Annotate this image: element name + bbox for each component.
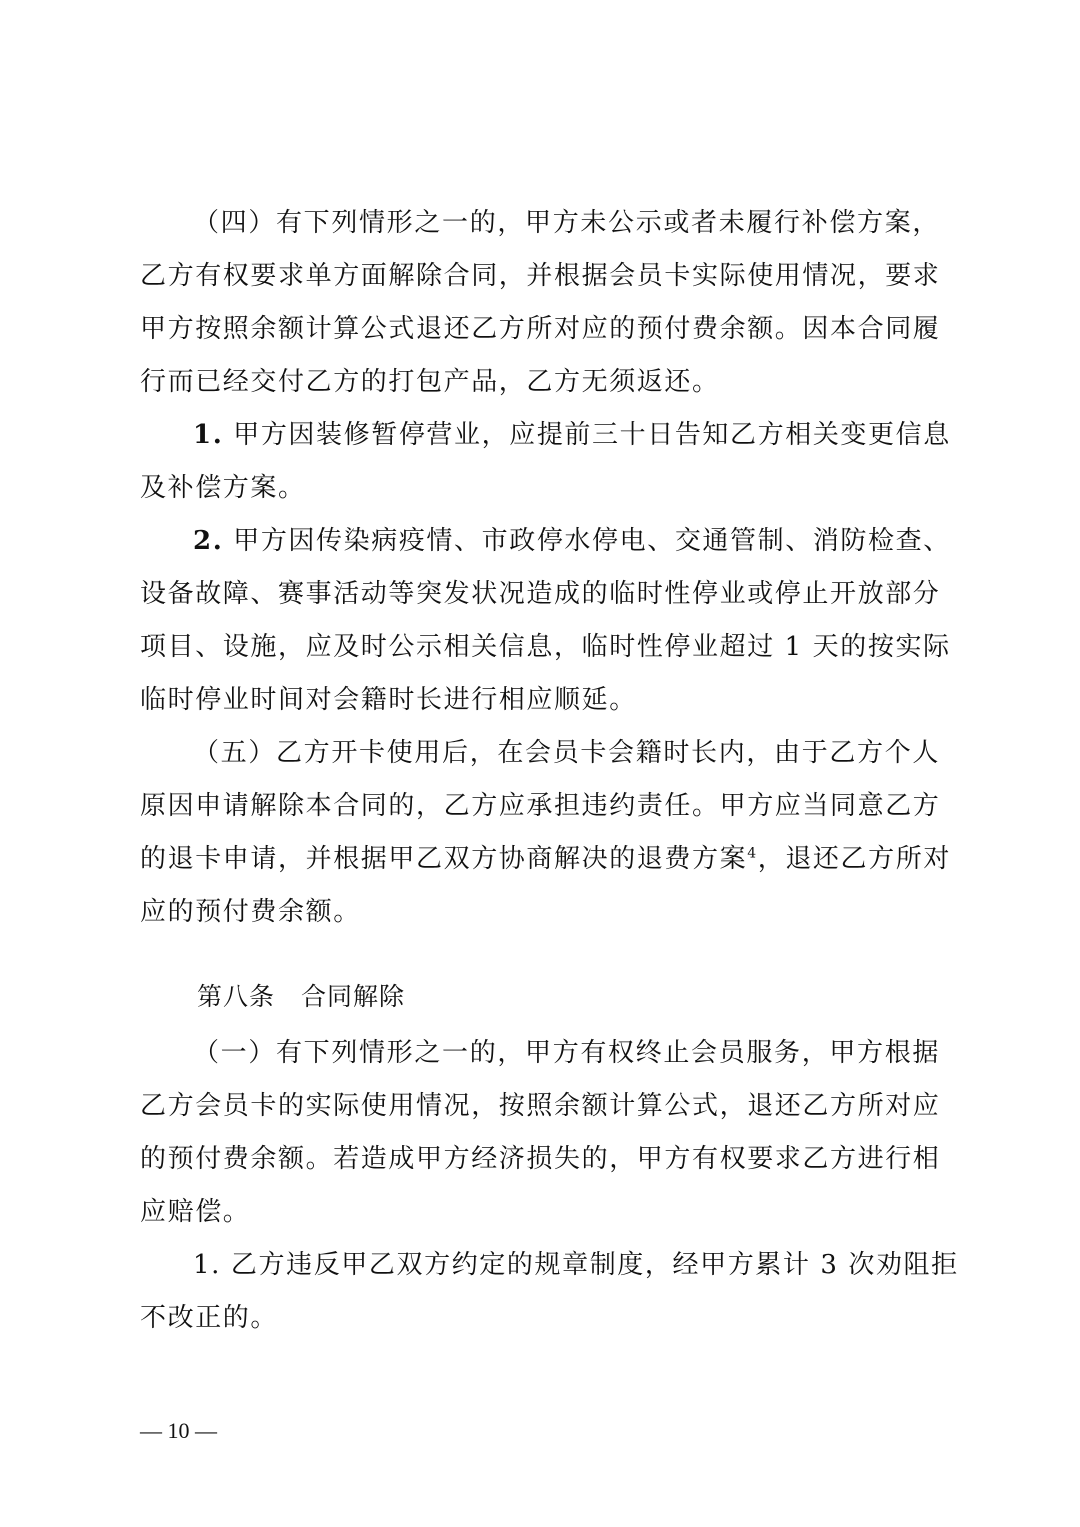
item-number: 2.: [193, 526, 223, 556]
paragraph-line: 项目、设施，应及时公示相关信息，临时性停业超过 1 天的按实际: [140, 632, 940, 662]
paragraph-line: 行而已经交付乙方的打包产品，乙方无须返还。: [140, 367, 940, 397]
paragraph-line: 临时停业时间对会籍时长进行相应顺延。: [140, 685, 940, 715]
numbered-item: 1. 乙方违反甲乙双方约定的规章制度，经甲方累计 3 次劝阻拒: [193, 1250, 940, 1280]
paragraph-text: 的退卡申请，并根据甲乙双方协商解决的退费方案: [140, 844, 747, 874]
paragraph-line: 的预付费余额。若造成甲方经济损失的，甲方有权要求乙方进行相: [140, 1144, 940, 1174]
item-number: 1.: [193, 420, 223, 450]
footnote-marker[interactable]: 4: [747, 845, 758, 861]
paragraph-line: 乙方有权要求单方面解除合同，并根据会员卡实际使用情况，要求: [140, 261, 940, 291]
paragraph-line: （五）乙方开卡使用后，在会员卡会籍时长内，由于乙方个人: [193, 738, 940, 768]
item-number: 1.: [193, 1250, 221, 1280]
paragraph-line: 及补偿方案。: [140, 473, 940, 503]
document-page: （四）有下列情形之一的，甲方未公示或者未履行补偿方案， 乙方有权要求单方面解除合…: [0, 0, 1080, 1527]
item-text: 乙方违反甲乙双方约定的规章制度，经甲方累计 3 次劝阻拒: [231, 1250, 959, 1280]
numbered-item: 1. 甲方因装修暂停营业，应提前三十日告知乙方相关变更信息: [193, 420, 940, 450]
numbered-item: 2. 甲方因传染病疫情、市政停水停电、交通管制、消防检查、: [193, 526, 940, 556]
paragraph-line: 设备故障、赛事活动等突发状况造成的临时性停业或停止开放部分: [140, 579, 940, 609]
paragraph-line-with-footnote: 的退卡申请，并根据甲乙双方协商解决的退费方案4，退还乙方所对: [140, 844, 940, 874]
paragraph-line: （四）有下列情形之一的，甲方未公示或者未履行补偿方案，: [193, 208, 940, 238]
page-number: — 10 —: [140, 1418, 217, 1444]
item-text: 甲方因传染病疫情、市政停水停电、交通管制、消防检查、: [233, 526, 951, 556]
paragraph-line: 应的预付费余额。: [140, 897, 940, 927]
paragraph-line: 应赔偿。: [140, 1197, 940, 1227]
paragraph-line: 不改正的。: [140, 1303, 940, 1333]
paragraph-line: 乙方会员卡的实际使用情况，按照余额计算公式，退还乙方所对应: [140, 1091, 940, 1121]
paragraph-text: ，退还乙方所对: [758, 844, 951, 874]
item-text: 甲方因装修暂停营业，应提前三十日告知乙方相关变更信息: [233, 420, 951, 450]
paragraph-line: （一）有下列情形之一的，甲方有权终止会员服务，甲方根据: [193, 1038, 940, 1068]
paragraph-line: 甲方按照余额计算公式退还乙方所对应的预付费余额。因本合同履: [140, 314, 940, 344]
paragraph-line: 原因申请解除本合同的，乙方应承担违约责任。甲方应当同意乙方: [140, 791, 940, 821]
article-heading: 第八条 合同解除: [197, 982, 405, 1012]
